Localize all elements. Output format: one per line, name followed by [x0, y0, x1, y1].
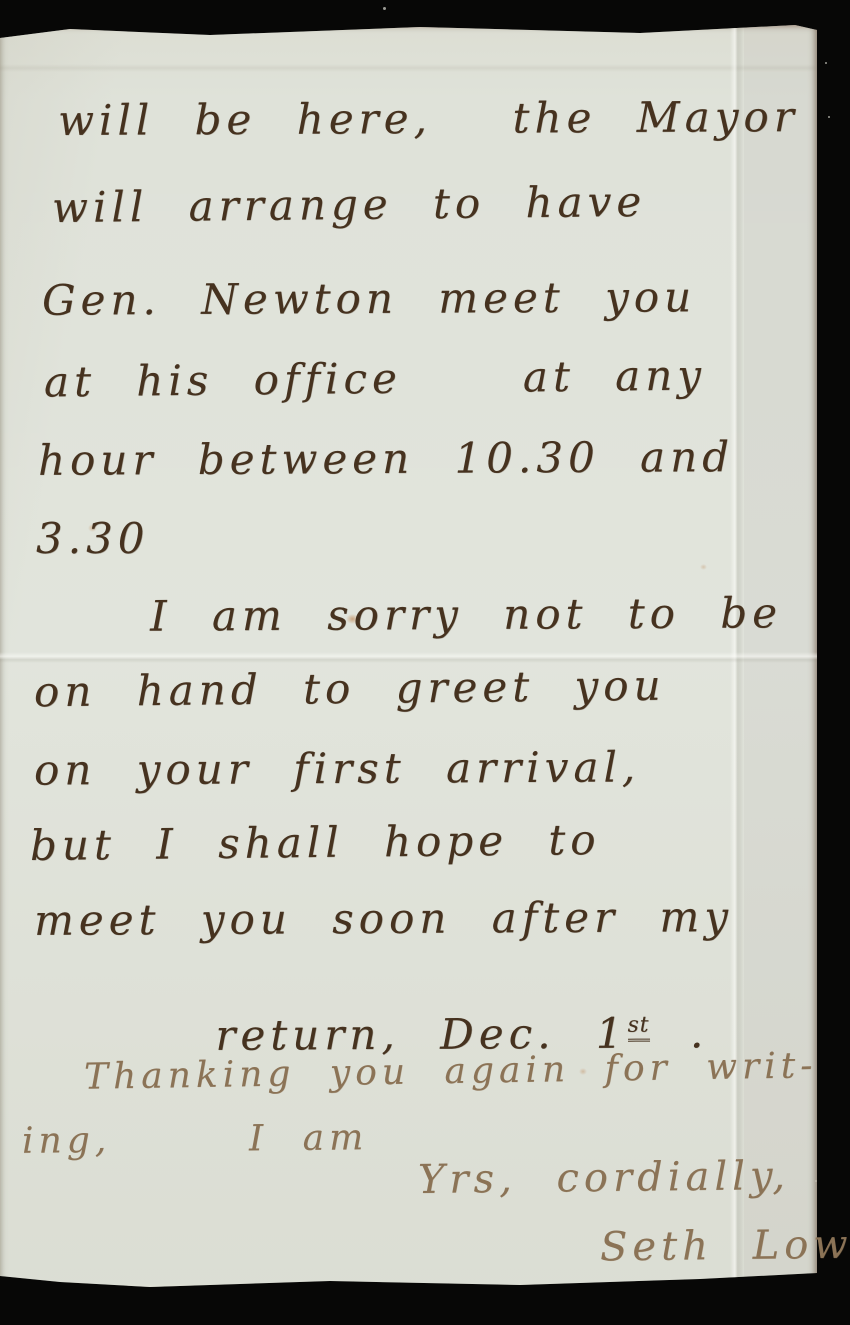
signature: Seth Low. — [600, 1223, 850, 1270]
scanned-letter-page: will be here, the Mayor will arrange to … — [0, 0, 850, 1325]
letter-line-2: will arrange to have — [52, 179, 647, 231]
letter-line-3: Gen. Newton meet you — [42, 274, 696, 324]
closing-line-2: ing, I am — [22, 1118, 369, 1161]
dust-speck — [383, 7, 386, 10]
dust-speck — [825, 62, 827, 64]
letter-line-10: but I shall hope to — [30, 817, 601, 869]
dust-speck — [815, 1180, 817, 1182]
letter-line-4: at his office at any — [44, 353, 706, 406]
letter-line-1: will be here, the Mayor — [58, 94, 799, 144]
letter-line-7: I am sorry not to be — [150, 590, 782, 639]
letter-line-6: 3.30 — [36, 516, 150, 562]
valediction: Yrs, cordially, — [418, 1154, 790, 1202]
letter-line-5: hour between 10.30 and — [38, 434, 734, 484]
letter-line-8: on hand to greet you — [34, 663, 666, 716]
paper-stain — [700, 564, 707, 570]
top-fold-crease — [0, 64, 817, 72]
horizontal-fold-crease — [0, 652, 817, 663]
letter-line-9: on your first arrival, — [34, 744, 640, 793]
letter-line-11: meet you soon after my — [34, 894, 733, 944]
date-ordinal-suffix: st — [627, 1013, 649, 1042]
dust-speck — [828, 116, 830, 118]
